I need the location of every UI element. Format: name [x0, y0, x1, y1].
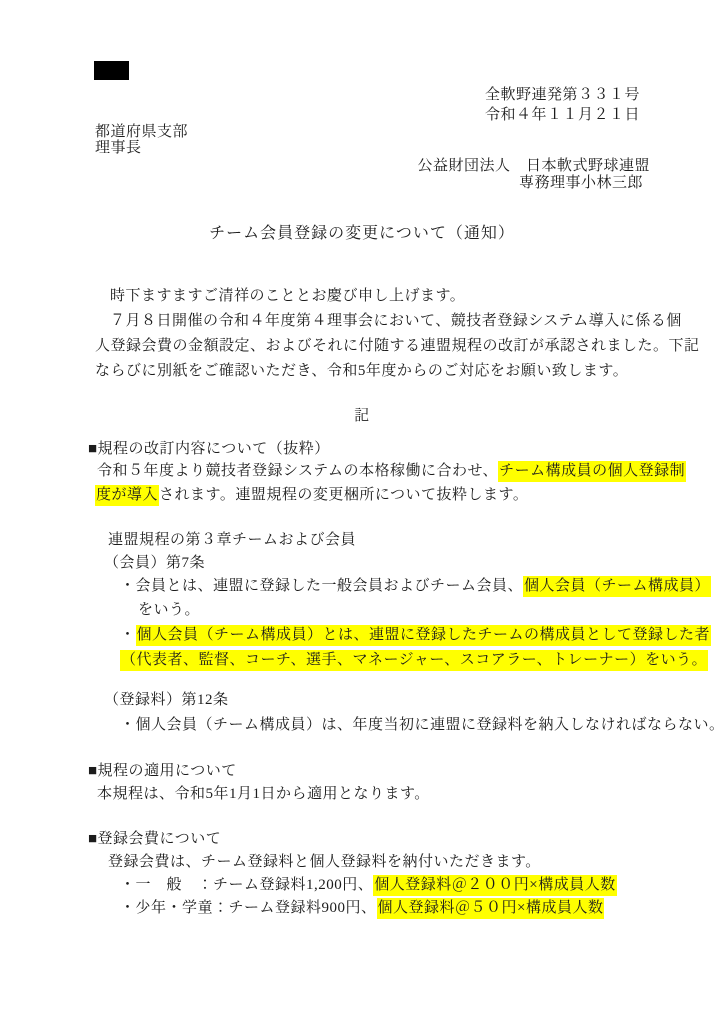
revision-line-1: 令和５年度より競技者登録システムの本格稼働に合わせ、チーム構成員の個人登録制: [97, 462, 686, 482]
revision-line-2-plain: されます。連盟規程の変更梱所について抜粋します。: [159, 487, 528, 503]
scan-artifact-mark: [94, 61, 129, 80]
individual-definition-bullet: ・: [120, 627, 136, 643]
recipient-line-2: 理事長: [95, 139, 142, 159]
opening-paragraph-line-1: ７月８日開催の令和４年度第４理事会において、競技者登録システム導入に係る個: [110, 312, 682, 332]
individual-definition-highlight-1: 個人会員（チーム構成員）とは、連盟に登録したチームの構成員として登録した者: [136, 625, 712, 646]
article12-label: （登録料）第12条: [104, 691, 229, 711]
individual-definition-line-2: （代表者、監督、コーチ、選手、マネージャー、スコアラー、トレーナー）をいう。: [120, 651, 708, 671]
fee-general-highlight: 個人登録料＠２００円×構成員人数: [373, 875, 616, 896]
member-definition-line: ・会員とは、連盟に登録した一般会員およびチーム会員、個人会員（チーム構成員）: [120, 577, 711, 597]
fee-section-intro: 登録会費は、チーム登録料と個人登録料を納付いただきます。: [108, 853, 541, 873]
member-definition-continuation: をいう。: [138, 601, 200, 621]
individual-definition-highlight-2: （代表者、監督、コーチ、選手、マネージャー、スコアラー、トレーナー）をいう。: [120, 650, 708, 671]
revision-line-2-highlight: 度が導入: [95, 485, 159, 506]
individual-definition-line-1: ・個人会員（チーム構成員）とは、連盟に登録したチームの構成員として登録した者: [120, 626, 711, 646]
revision-section-heading: ■規程の改訂内容について（抜粋）: [88, 440, 330, 460]
document-title: チーム会員登録の変更について（通知）: [0, 224, 724, 245]
fee-youth-plain: ・少年・学童：チーム登録料900円、: [120, 900, 377, 916]
fee-general-plain: ・一 般 ：チーム登録料1,200円、: [120, 877, 373, 893]
greeting-line: 時下ますますご清祥のこととお慶び申し上げます。: [110, 287, 465, 307]
opening-paragraph-line-3: ならびに別紙をご確認いただき、令和5年度からのご対応をお願い致します。: [95, 362, 628, 382]
fee-rule-line: ・個人会員（チーム構成員）は、年度当初に連盟に登録料を納入しなければならない。: [120, 716, 724, 736]
fee-youth-line: ・少年・学童：チーム登録料900円、個人登録料＠５０円×構成員人数: [120, 899, 604, 919]
article7-label: （会員）第7条: [104, 554, 205, 574]
member-definition-highlight: 個人会員（チーム構成員）: [523, 576, 711, 597]
revision-line-2: 度が導入されます。連盟規程の変更梱所について抜粋します。: [95, 486, 528, 506]
chapter-title: 連盟規程の第３章チームおよび会員: [108, 531, 356, 551]
fee-general-line: ・一 般 ：チーム登録料1,200円、個人登録料＠２００円×構成員人数: [120, 876, 617, 896]
document-page: 全軟野連発第３３１号 令和４年１１月２１日 都道府県支部 理事長 公益財団法人 …: [0, 0, 724, 1024]
opening-paragraph-line-2: 人登録会費の金額設定、およびそれに付随する連盟規程の改訂が承認されました。下記: [95, 337, 700, 357]
application-section-heading: ■規程の適用について: [88, 762, 237, 782]
member-definition-plain: ・会員とは、連盟に登録した一般会員およびチーム会員、: [120, 578, 523, 594]
revision-line-1-plain: 令和５年度より競技者登録システムの本格稼働に合わせ、: [97, 463, 498, 479]
doc-number: 全軟野連発第３３１号: [485, 86, 640, 106]
fee-section-heading: ■登録会費について: [88, 830, 221, 850]
sender-person: 専務理事小林三郎: [519, 174, 643, 194]
fee-youth-highlight: 個人登録料＠５０円×構成員人数: [377, 898, 605, 919]
doc-date: 令和４年１１月２１日: [485, 106, 640, 126]
application-section-body: 本規程は、令和5年1月1日から適用となります。: [97, 785, 430, 805]
ki-marker: 記: [0, 407, 724, 427]
revision-line-1-highlight: チーム構成員の個人登録制: [498, 461, 686, 482]
